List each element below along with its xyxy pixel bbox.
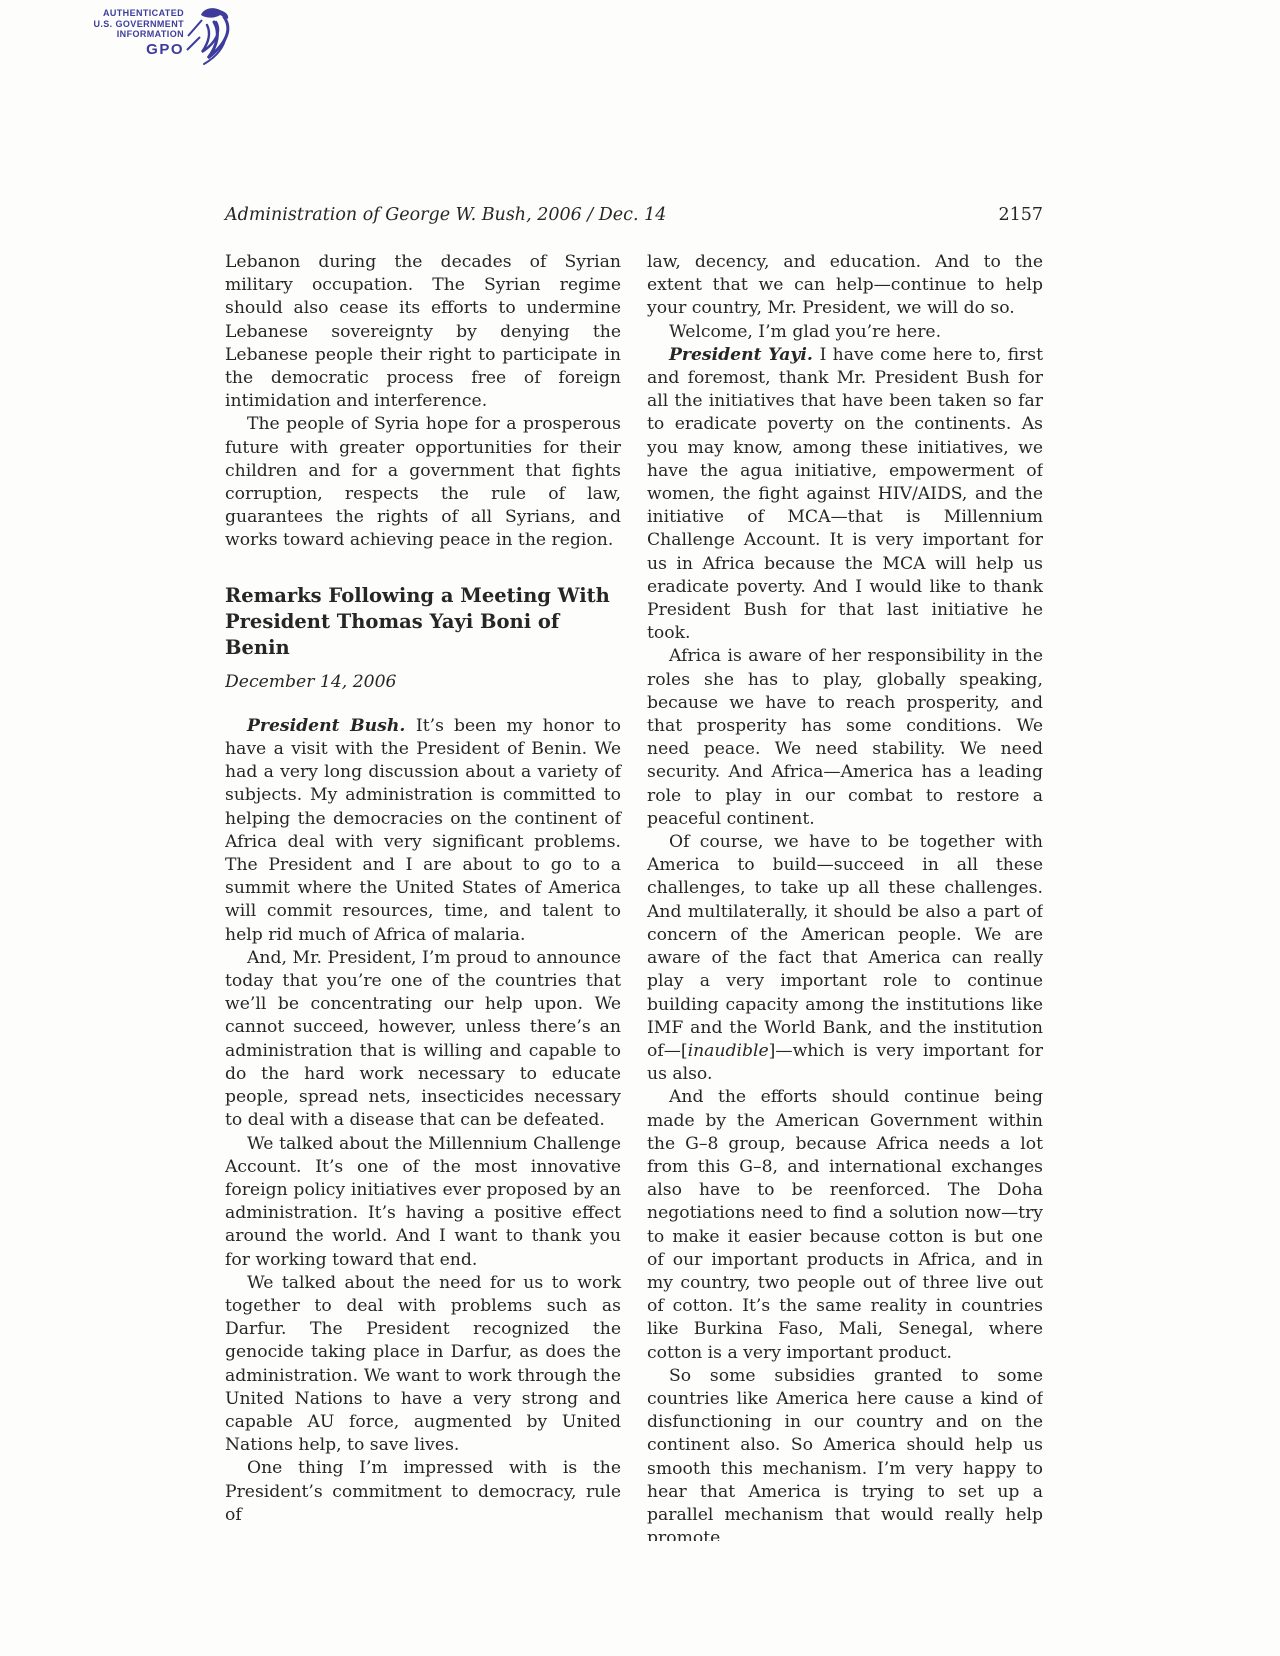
two-column-text: Lebanon during the decades of Syrian mil… [225,251,1043,1541]
paragraph: law, decency, and education. And to the … [647,251,1043,321]
paragraph: President Yayi. I have come here to, fir… [647,344,1043,646]
paragraph: So some subsidies granted to some countr… [647,1365,1043,1541]
gpo-eagle-icon [186,6,232,66]
right-column: law, decency, and education. And to the … [647,251,1043,1541]
paragraph: We talked about the need for us to work … [225,1272,621,1458]
speaker-label: President Bush. [247,716,416,736]
paragraph: Welcome, I’m glad you’re here. [647,321,1043,344]
article-date: December 14, 2006 [225,671,621,694]
text-run: law, decency, and education. And to the … [647,252,1043,318]
paragraph: Lebanon during the decades of Syrian mil… [225,251,621,413]
text-run: Africa is aware of her responsibility in… [647,646,1043,828]
paragraph: We talked about the Millennium Challenge… [225,1133,621,1272]
text-run: One thing I’m impressed with is the Pres… [225,1458,621,1524]
article-title: Remarks Following a Meeting With Preside… [225,583,621,661]
text-run: Of course, we have to be together with A… [647,832,1043,1061]
gpo-logo: AUTHENTICATED U.S. GOVERNMENT INFORMATIO… [88,8,232,66]
paragraph: One thing I’m impressed with is the Pres… [225,1457,621,1527]
text-run: The people of Syria hope for a prosperou… [225,414,621,550]
paragraph: Africa is aware of her responsibility in… [647,645,1043,831]
running-title: Administration of George W. Bush, 2006 /… [225,204,666,227]
text-run: It’s been my honor to have a visit with … [225,716,621,945]
paragraph: And, Mr. President, I’m proud to announc… [225,947,621,1133]
gpo-acronym: GPO [88,42,184,58]
text-run: I have come here to, first and foremost,… [647,345,1043,643]
gpo-logo-text: AUTHENTICATED U.S. GOVERNMENT INFORMATIO… [88,8,184,58]
speaker-label: President Yayi. [669,345,820,365]
text-run: And the efforts should continue being ma… [647,1087,1043,1362]
left-column: Lebanon during the decades of Syrian mil… [225,251,621,1541]
page-content: Administration of George W. Bush, 2006 /… [225,204,1043,1541]
paragraph: Of course, we have to be together with A… [647,831,1043,1086]
text-run: inaudible [688,1041,769,1061]
paragraph: And the efforts should continue being ma… [647,1086,1043,1364]
text-run: So some subsidies granted to some countr… [647,1366,1043,1541]
paragraph: President Bush. It’s been my honor to ha… [225,715,621,947]
gpo-government-label: U.S. GOVERNMENT [88,19,184,30]
page-number: 2157 [998,204,1043,227]
text-run: Lebanon during the decades of Syrian mil… [225,252,621,411]
text-run: We talked about the Millennium Challenge… [225,1134,621,1270]
text-run: Welcome, I’m glad you’re here. [669,322,941,342]
gpo-authenticated-label: AUTHENTICATED [88,8,184,19]
gpo-information-label: INFORMATION [88,29,184,40]
text-run: We talked about the need for us to work … [225,1273,621,1455]
paragraph: The people of Syria hope for a prosperou… [225,413,621,552]
running-header: Administration of George W. Bush, 2006 /… [225,204,1043,227]
document-page: AUTHENTICATED U.S. GOVERNMENT INFORMATIO… [0,0,1280,1656]
text-run: And, Mr. President, I’m proud to announc… [225,948,621,1130]
